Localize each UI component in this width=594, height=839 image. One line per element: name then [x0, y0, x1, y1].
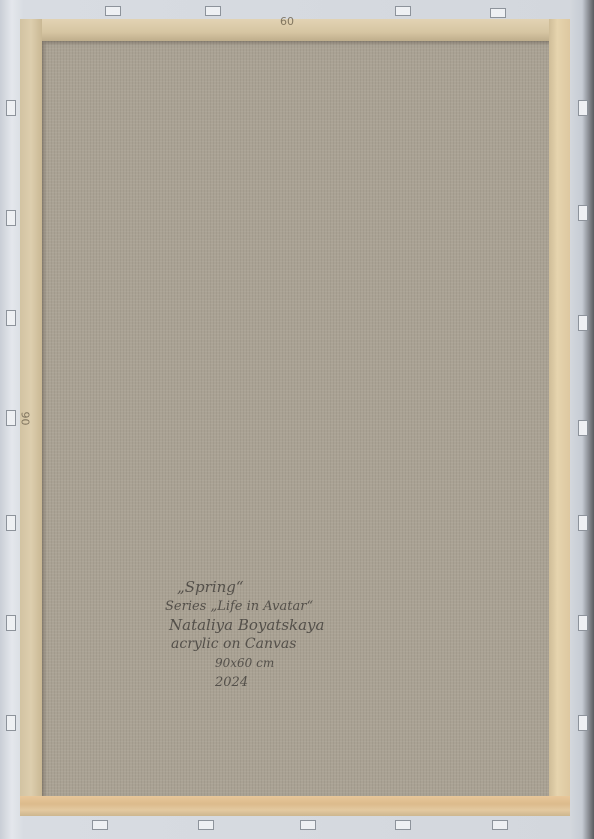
staple: [578, 205, 588, 221]
staple: [205, 6, 221, 16]
stretcher-bar-top: [20, 19, 570, 41]
handwritten-inscription: „Spring“ Series „Life in Avatar“ Nataliy…: [165, 578, 405, 692]
staple: [6, 100, 16, 116]
staple: [6, 715, 16, 731]
staple: [395, 6, 411, 16]
staple: [395, 820, 411, 830]
staple: [6, 515, 16, 531]
artist-name: Nataliya Boyatskaya: [165, 616, 405, 635]
stretcher-stamp-left: 90: [19, 412, 32, 426]
staple: [198, 820, 214, 830]
stretcher-stamp-top: 60: [280, 15, 294, 28]
canvas-back-photo: 60 90 „Spring“ Series „Life in Avatar“ N…: [0, 0, 594, 839]
staple: [578, 615, 588, 631]
series-name: Series „Life in Avatar“: [165, 597, 405, 616]
staple: [6, 615, 16, 631]
staple: [105, 6, 121, 16]
staple: [578, 315, 588, 331]
stretcher-bar-right: [549, 19, 570, 816]
stretcher-bar-bottom: [20, 796, 570, 816]
dimensions: 90x60 cm: [165, 654, 405, 673]
staple: [578, 100, 588, 116]
medium: acrylic on Canvas: [165, 635, 405, 654]
staple: [490, 8, 506, 18]
staple: [6, 210, 16, 226]
painting-title: „Spring“: [165, 578, 405, 597]
staple: [6, 310, 16, 326]
staple: [92, 820, 108, 830]
staple: [300, 820, 316, 830]
staple: [578, 420, 588, 436]
staple: [6, 410, 16, 426]
staple: [492, 820, 508, 830]
staple: [578, 515, 588, 531]
year: 2024: [165, 673, 405, 692]
staple: [578, 715, 588, 731]
